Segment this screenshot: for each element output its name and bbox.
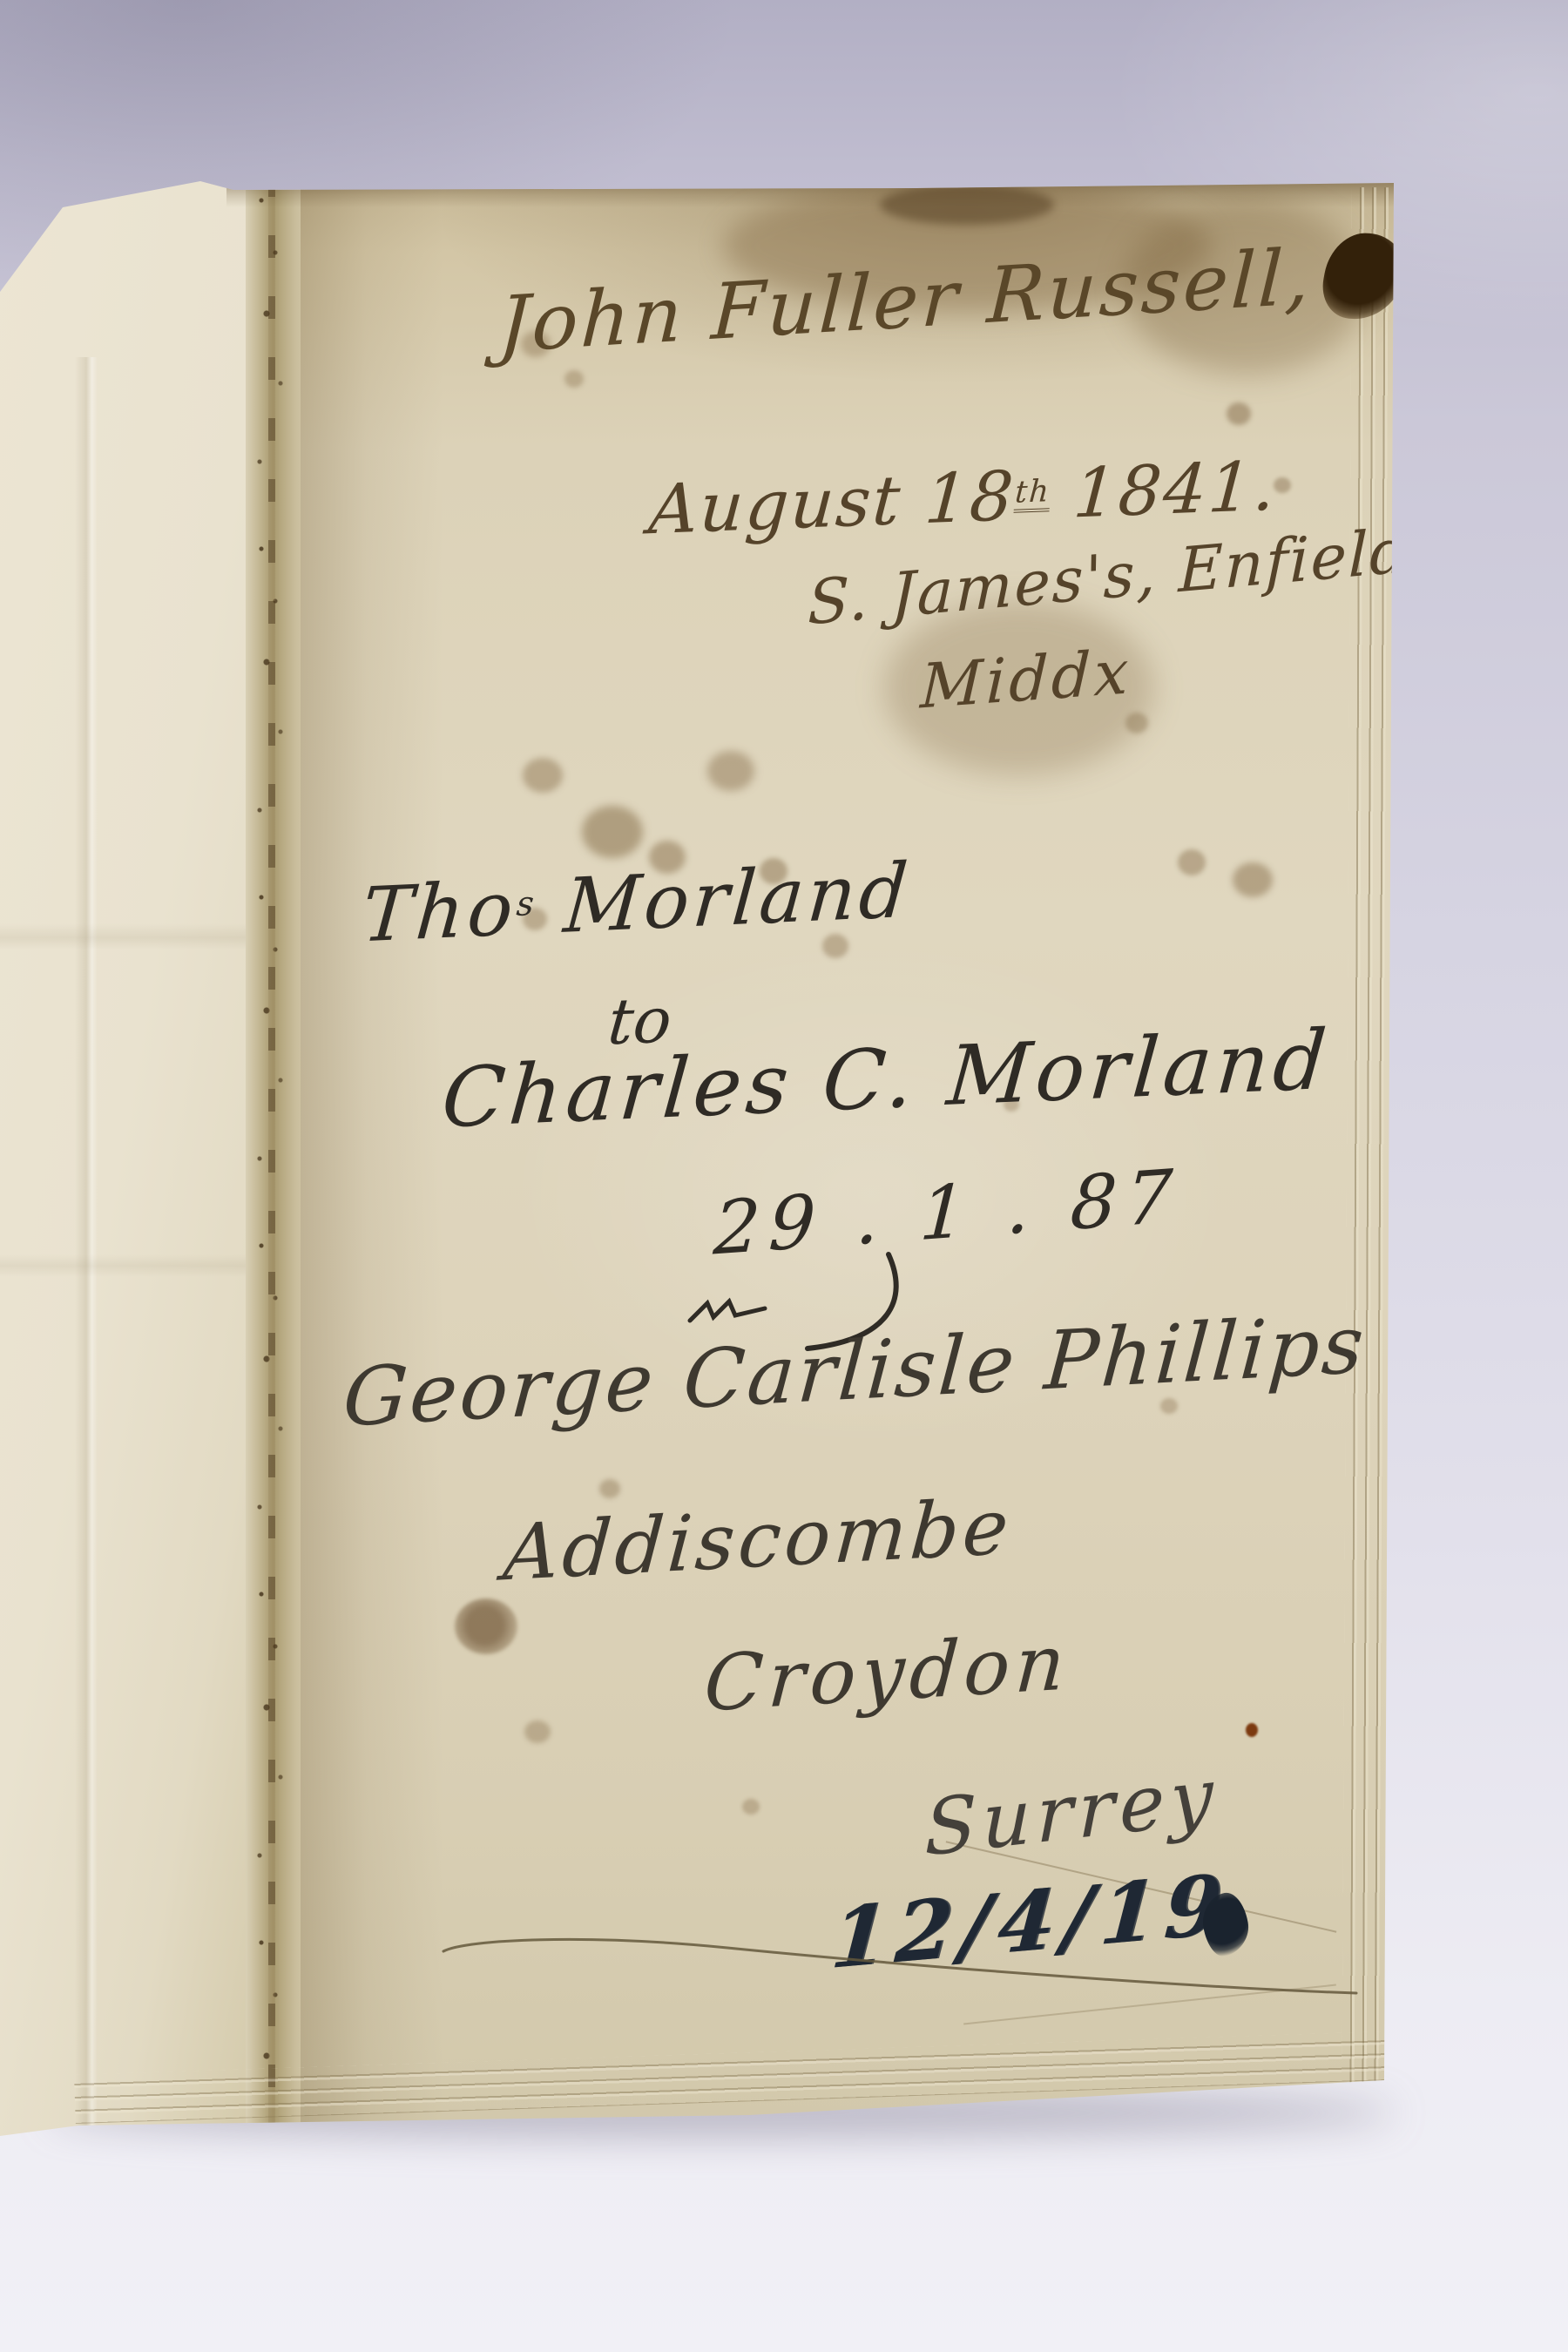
foxing-spot [1227, 402, 1251, 425]
ordinal-suffix: s [515, 888, 538, 924]
gutter-crack [246, 174, 307, 2143]
foxing-spot [582, 806, 643, 858]
inscription-text: 1841. [1048, 447, 1280, 534]
red-speck [1246, 1723, 1258, 1737]
inscription-address-middx: Middx [919, 637, 1132, 722]
foxing-spot [707, 751, 754, 791]
foxing-spot [1233, 862, 1273, 897]
foxing-spot [524, 1720, 551, 1743]
foxing-spot [599, 1479, 620, 1498]
inscription-text: Middx [919, 636, 1132, 722]
stain-top-notch [880, 185, 1054, 225]
open-book: John Fuller Russell,B. August 18th 1841.… [0, 0, 1568, 2352]
photo-backdrop: John Fuller Russell,B. August 18th 1841.… [0, 0, 1568, 2352]
foxing-spot [1178, 849, 1206, 875]
inscription-text: August 18 [646, 457, 1017, 550]
foxing-spot [523, 758, 563, 793]
foxing-spot [1125, 713, 1148, 733]
foxing-spot-large [455, 1598, 517, 1654]
pencil-rule-line [431, 1923, 1372, 2019]
inscription-text: Tho [359, 865, 519, 959]
ordinal-suffix: th [1014, 476, 1051, 513]
foxing-spot [742, 1799, 760, 1815]
page-crease [75, 357, 98, 2308]
inscription-text: Morland [534, 847, 915, 951]
foxing-spot [564, 370, 584, 388]
